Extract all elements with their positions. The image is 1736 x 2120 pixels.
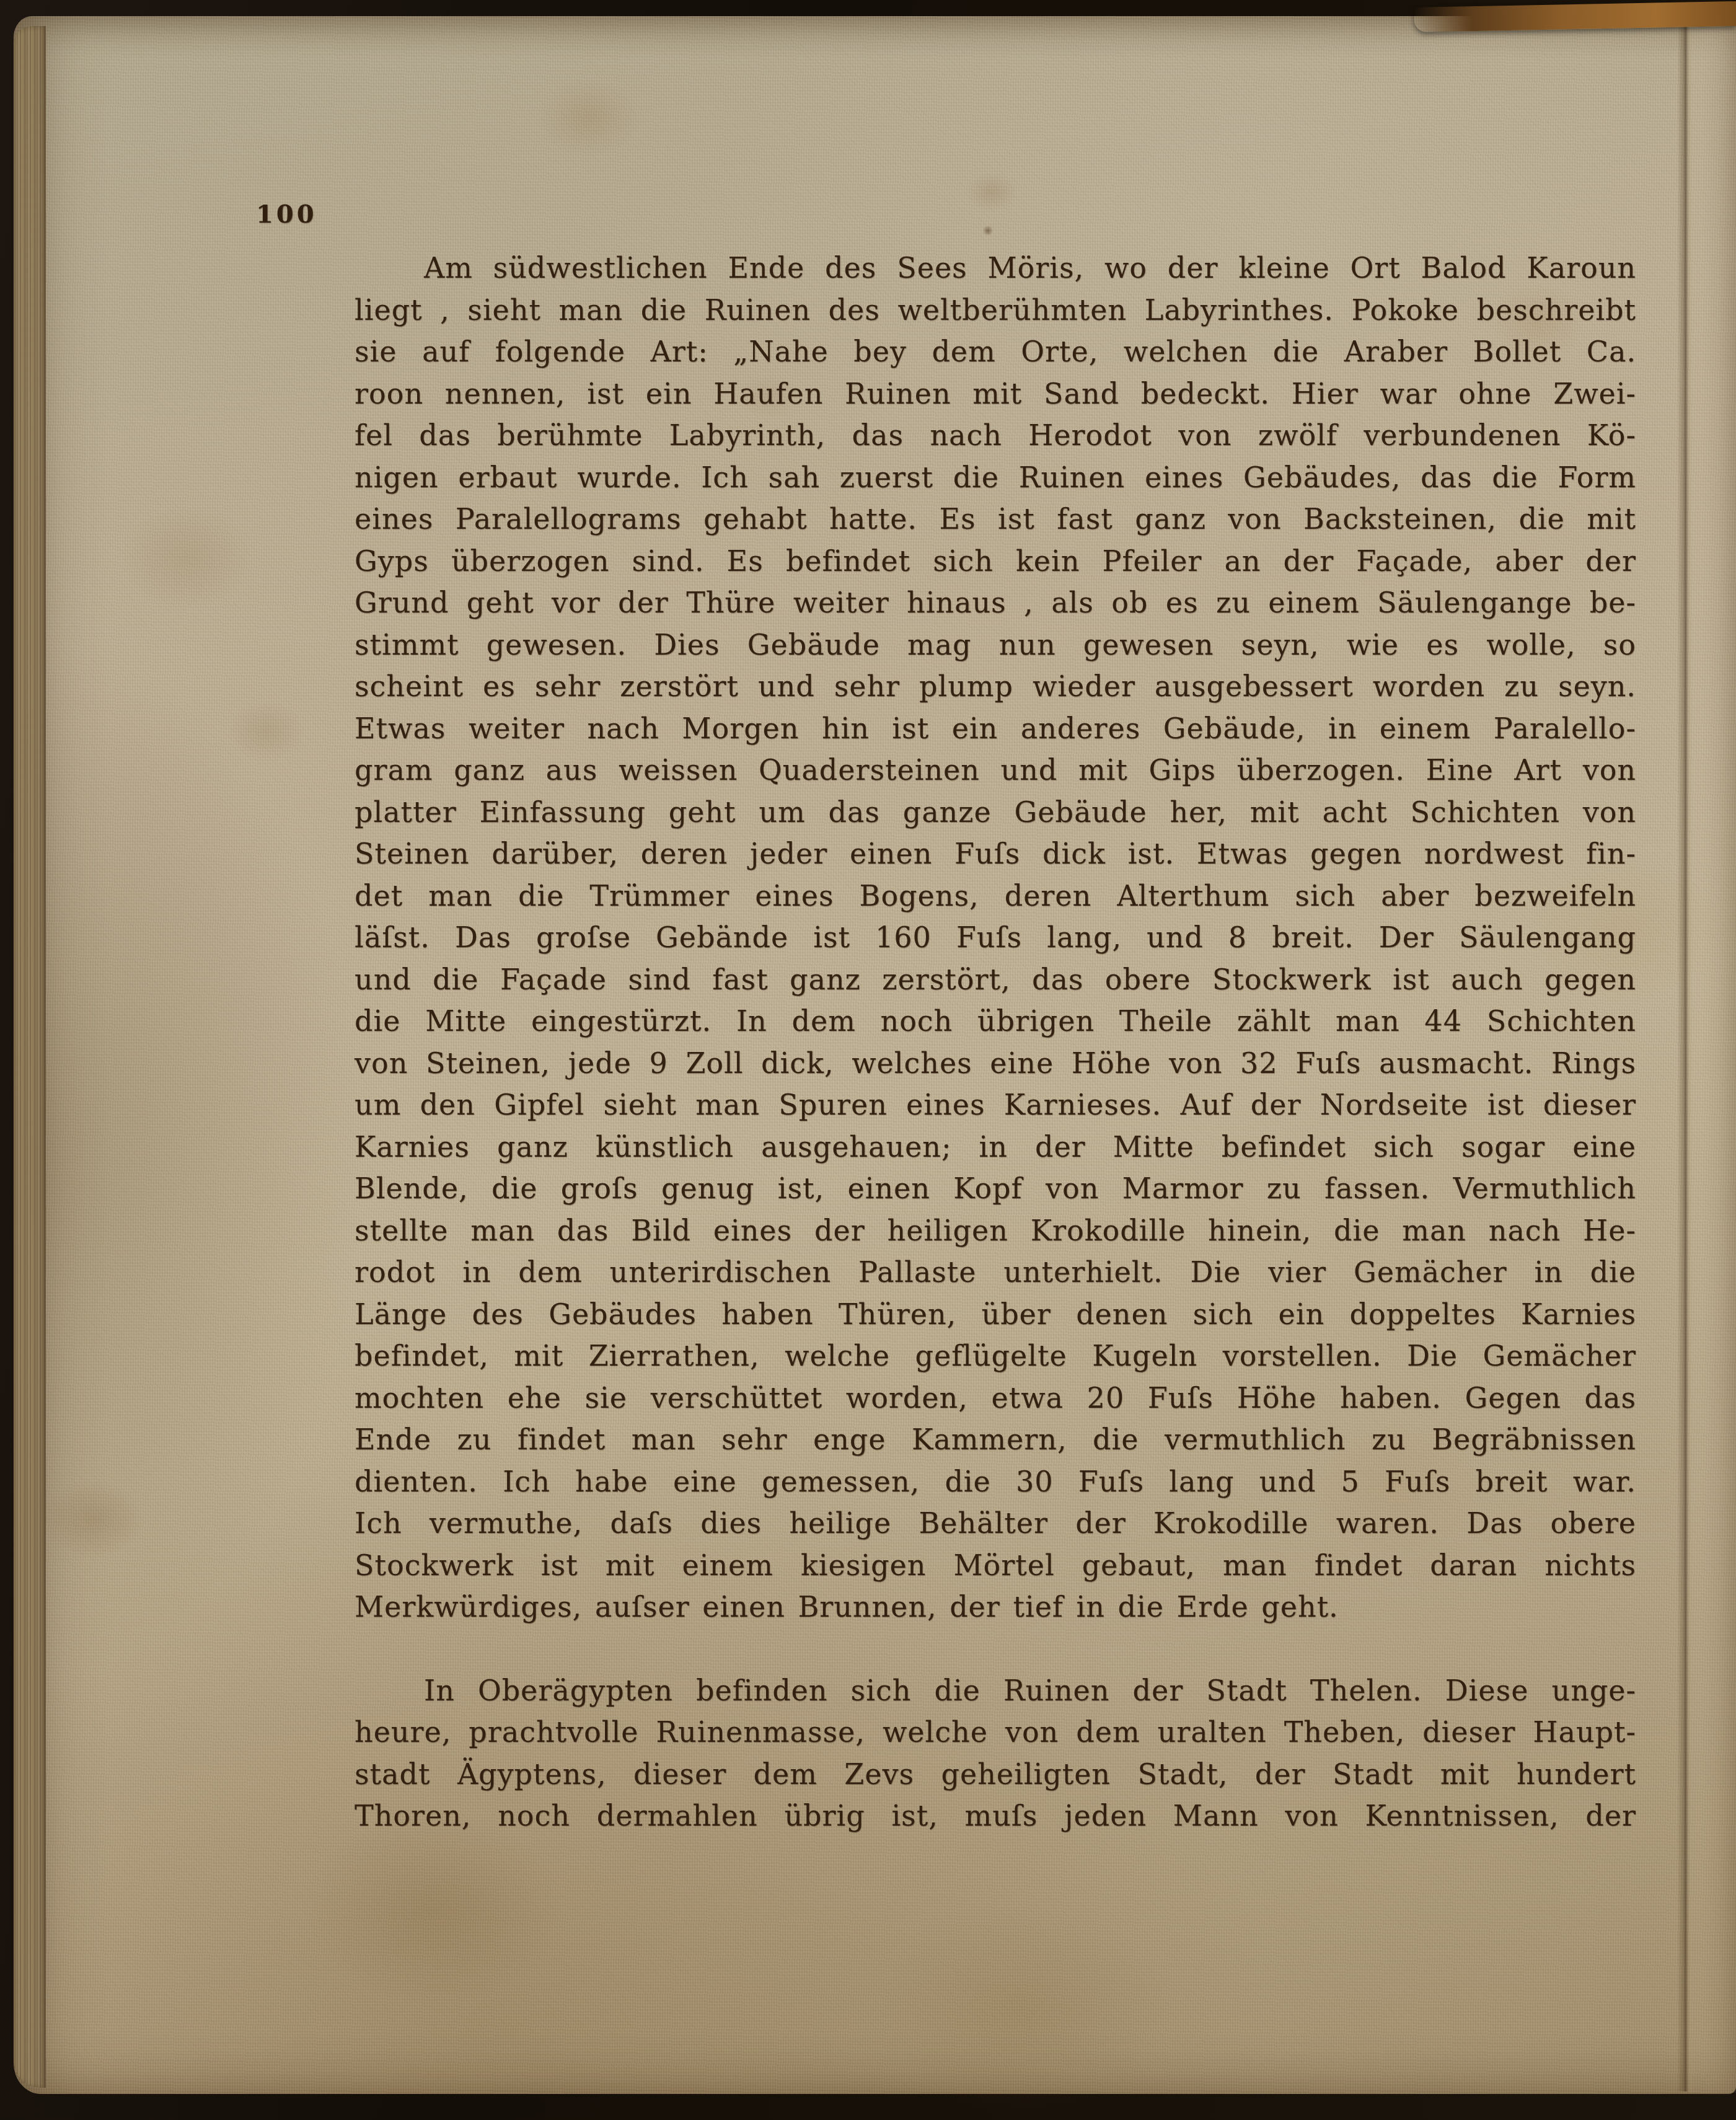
text-line: Ich vermuthe, daſs dies heilige Behälter… — [355, 1503, 1636, 1545]
text-line: um den Gipfel sieht man Spuren eines Kar… — [355, 1084, 1636, 1126]
text-line: Thoren, noch dermahlen übrig ist, muſs j… — [355, 1795, 1636, 1837]
text-line: roon nennen, ist ein Haufen Ruinen mit S… — [355, 373, 1636, 415]
text-line: rodot in dem unterirdischen Pallaste unt… — [355, 1252, 1636, 1294]
text-line: und die Façade sind fast ganz zerstört, … — [355, 959, 1636, 1001]
text-line: sie auf folgende Art: „Nahe bey dem Orte… — [355, 331, 1636, 373]
text-line: In Oberägypten befinden sich die Ruinen … — [355, 1670, 1636, 1712]
text-line: Stockwerk ist mit einem kiesigen Mörtel … — [355, 1545, 1636, 1587]
text-line: dienten. Ich habe eine gemessen, die 30 … — [355, 1461, 1636, 1503]
text-line: mochten ehe sie verschüttet worden, etwa… — [355, 1377, 1636, 1420]
text-line: Am südwestlichen Ende des Sees Möris, wo… — [355, 247, 1636, 289]
text-line: Steinen darüber, deren jeder einen Fuſs … — [355, 833, 1636, 875]
text-line: befindet, mit Zierrathen, welche geflüge… — [355, 1335, 1636, 1377]
text-line: Karnies ganz künstlich ausgehauen; in de… — [355, 1126, 1636, 1168]
text-line: die Mitte eingestürzt. In dem noch übrig… — [355, 1000, 1636, 1043]
text-line: Merkwürdiges, auſser einen Brunnen, der … — [355, 1586, 1636, 1628]
text-line: fel das berühmte Labyrinth, das nach Her… — [355, 415, 1636, 457]
paragraph: Am südwestlichen Ende des Sees Möris, wo… — [355, 247, 1636, 1628]
text-line: scheint es sehr zerstört und sehr plump … — [355, 666, 1636, 708]
paragraph: In Oberägypten befinden sich die Ruinen … — [355, 1670, 1636, 1837]
text-line: heure, prachtvolle Ruinenmasse, welche v… — [355, 1711, 1636, 1754]
text-line: stadt Ägyptens, dieser dem Zevs geheilig… — [355, 1754, 1636, 1796]
text-line: liegt , sieht man die Ruinen des weltber… — [355, 289, 1636, 332]
text-line: platter Einfassung geht um das ganze Geb… — [355, 792, 1636, 834]
text-line: Länge des Gebäudes haben Thüren, über de… — [355, 1294, 1636, 1336]
page-edge-stack — [14, 26, 46, 2088]
text-line: det man die Trümmer eines Bogens, deren … — [355, 875, 1636, 917]
text-line: von Steinen, jede 9 Zoll dick, welches e… — [355, 1043, 1636, 1085]
text-line: Gyps überzogen sind. Es befindet sich ke… — [355, 541, 1636, 583]
text-line: Grund geht vor der Thüre weiter hinaus ,… — [355, 582, 1636, 624]
text-line: Blende, die groſs genug ist, einen Kopf … — [355, 1168, 1636, 1210]
text-line: stimmt gewesen. Dies Gebäude mag nun gew… — [355, 624, 1636, 666]
text-line: Etwas weiter nach Morgen hin ist ein and… — [355, 708, 1636, 750]
text-line: eines Paralellograms gehabt hatte. Es is… — [355, 498, 1636, 541]
text-line: stellte man das Bild eines der heiligen … — [355, 1210, 1636, 1252]
page-text: Am südwestlichen Ende des Sees Möris, wo… — [355, 247, 1636, 1837]
book-photo: 100 Am südwestlichen Ende des Sees Möris… — [0, 0, 1736, 2120]
text-line: nigen erbaut wurde. Ich sah zuerst die R… — [355, 457, 1636, 499]
text-line: Ende zu findet man sehr enge Kammern, di… — [355, 1419, 1636, 1461]
text-line: läſst. Das groſse Gebände ist 160 Fuſs l… — [355, 917, 1636, 959]
text-line: gram ganz aus weissen Quadersteinen und … — [355, 749, 1636, 792]
page-number: 100 — [256, 200, 317, 229]
